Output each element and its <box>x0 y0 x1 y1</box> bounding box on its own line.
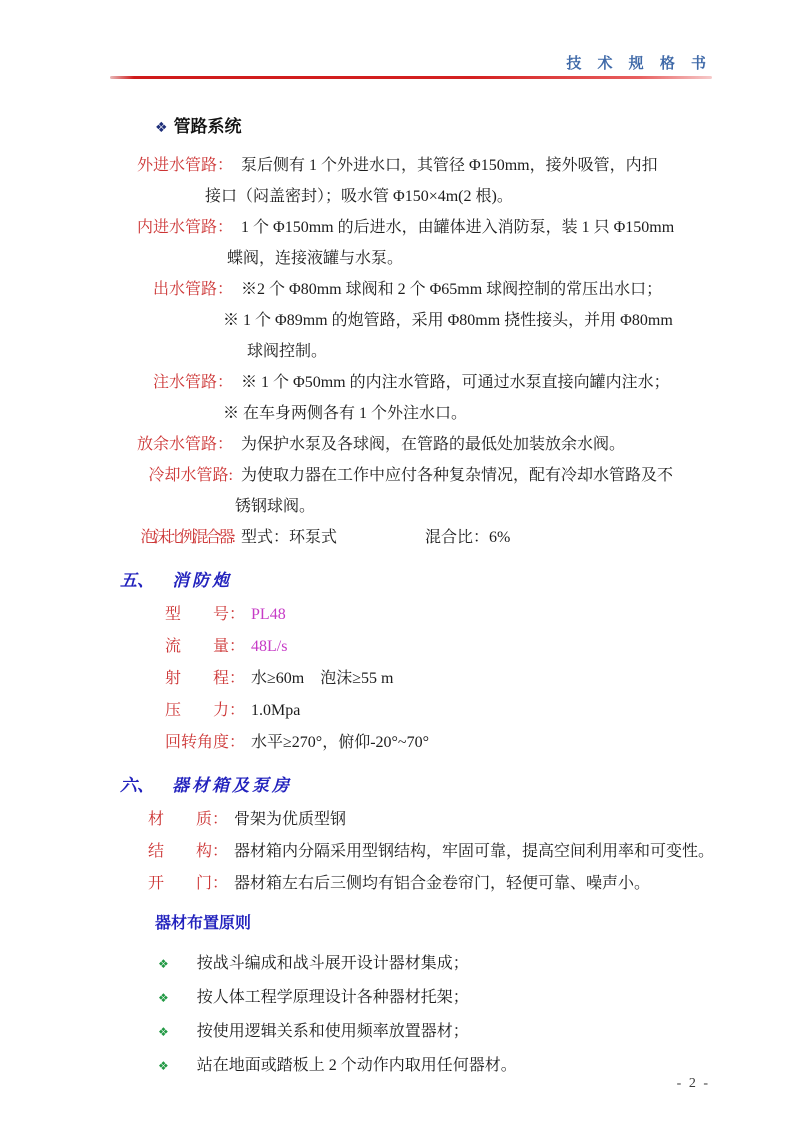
section-heading-fire-monitor: 五、消防炮 <box>110 566 712 591</box>
spec-value: 水平≥270°，俯仰-20°~70° <box>251 734 429 751</box>
piping-heading-label: 管路系统 <box>174 117 242 136</box>
spec-value: 器材箱内分隔采用型钢结构，牢固可靠，提高空间利用率和可变性。 <box>234 843 714 860</box>
diamond-bullet-icon: ❖ <box>155 120 168 136</box>
spec-label: 型 号： <box>165 606 245 623</box>
spec-row-rotation: 回转角度：水平≥270°，俯仰-20°~70° <box>110 727 712 759</box>
layout-principles-heading: 器材布置原则 <box>110 910 712 933</box>
list-item-text: 站在地面或踏板上 2 个动作内取用任何器材。 <box>197 1057 517 1074</box>
spec-label: 开 门： <box>148 875 228 892</box>
row-label: 出水管路： <box>133 274 233 305</box>
spec-label: 材 质： <box>148 811 228 828</box>
spec-label: 流 量： <box>165 638 245 655</box>
spec-row-pressure: 压 力：1.0Mpa <box>110 695 712 727</box>
spec-label: 射 程： <box>165 670 245 687</box>
row-text: ※ 在车身两侧各有 1 个外注水口。 <box>223 405 467 422</box>
spec-label: 结 构： <box>148 843 228 860</box>
list-item-text: 按使用逻辑关系和使用频率放置器材； <box>197 1023 469 1040</box>
spec-label: 压 力： <box>165 702 245 719</box>
section-title: 器材箱及泵房 <box>172 776 292 795</box>
spec-value: PL48 <box>251 606 286 623</box>
row-text: ※2 个 Φ80mm 球阀和 2 个 Φ65mm 球阀控制的常压出水口； <box>241 281 662 298</box>
spec-row-model: 型 号：PL48 <box>110 599 712 631</box>
row-label: 外进水管路： <box>133 150 233 181</box>
list-item: ❖站在地面或踏板上 2 个动作内取用任何器材。 <box>110 1049 712 1083</box>
diamond-bullet-icon: ❖ <box>158 991 169 1005</box>
row-text: 1 个 Φ150mm 的后进水，由罐体进入消防泵，装 1 只 Φ150mm <box>241 219 674 236</box>
piping-row-cooling: 冷却水管路:为使取力器在工作中应付各种复杂情况，配有冷却水管路及不 <box>110 460 712 491</box>
piping-row-outlet: 出水管路：※2 个 Φ80mm 球阀和 2 个 Φ65mm 球阀控制的常压出水口… <box>110 274 712 305</box>
section-heading-equipment-box: 六、器材箱及泵房 <box>110 771 712 796</box>
equipment-box-specs: 材 质：骨架为优质型钢 结 构：器材箱内分隔采用型钢结构，牢固可靠，提高空间利用… <box>110 804 712 900</box>
list-item-text: 按人体工程学原理设计各种器材托架； <box>197 989 469 1006</box>
spec-row-range: 射 程：水≥60m 泡沫≥55 m <box>110 663 712 695</box>
diamond-bullet-icon: ❖ <box>158 1025 169 1039</box>
diamond-bullet-icon: ❖ <box>158 957 169 971</box>
row-text: 球阀控制。 <box>247 343 327 360</box>
row-text: ※ 1 个 Φ89mm 的炮管路，采用 Φ80mm 挠性接头，并用 Φ80mm <box>223 312 673 329</box>
layout-principles-list: ❖按战斗编成和战斗展开设计器材集成； ❖按人体工程学原理设计各种器材托架； ❖按… <box>110 947 712 1083</box>
row-text: 型式：环泵式 <box>241 529 337 546</box>
diamond-bullet-icon: ❖ <box>158 1059 169 1073</box>
section-title: 消防炮 <box>172 571 232 590</box>
list-item: ❖按使用逻辑关系和使用频率放置器材； <box>110 1015 712 1049</box>
piping-row-filling: 注水管路：※ 1 个 Φ50mm 的内注水管路，可通过水泵直接向罐内注水； <box>110 367 712 398</box>
spec-row-flow: 流 量：48L/s <box>110 631 712 663</box>
row-text: 锈钢球阀。 <box>235 498 315 515</box>
list-item: ❖按战斗编成和战斗展开设计器材集成； <box>110 947 712 981</box>
spec-row-material: 材 质：骨架为优质型钢 <box>110 804 712 836</box>
piping-row-continuation: 球阀控制。 <box>110 336 712 367</box>
piping-section-heading: ❖管路系统 <box>110 112 712 137</box>
row-label: 冷却水管路: <box>133 460 233 491</box>
piping-row-continuation: ※ 在车身两侧各有 1 个外注水口。 <box>110 398 712 429</box>
spec-row-structure: 结 构：器材箱内分隔采用型钢结构，牢固可靠，提高空间利用率和可变性。 <box>110 836 712 868</box>
row-label: 泡沫比例混合器: <box>133 522 233 553</box>
list-item-text: 按战斗编成和战斗展开设计器材集成； <box>197 955 469 972</box>
list-item: ❖按人体工程学原理设计各种器材托架； <box>110 981 712 1015</box>
piping-row-continuation: 锈钢球阀。 <box>110 491 712 522</box>
spec-value: 1.0Mpa <box>251 702 300 719</box>
piping-row-drain: 放余水管路：为保护水泵及各球阀，在管路的最低处加装放余水阀。 <box>110 429 712 460</box>
footer-page-number: - 2 - <box>677 1076 710 1092</box>
page-header: 技 术 规 格 书 <box>110 0 712 73</box>
piping-row-continuation: ※ 1 个 Φ89mm 的炮管路，采用 Φ80mm 挠性接头，并用 Φ80mm <box>110 305 712 336</box>
spec-value: 器材箱左右后三侧均有铝合金卷帘门，轻便可靠、噪声小。 <box>234 875 650 892</box>
spec-row-doors: 开 门：器材箱左右后三侧均有铝合金卷帘门，轻便可靠、噪声小。 <box>110 868 712 900</box>
section-number: 六、 <box>120 776 154 795</box>
row-text: 蝶阀，连接液罐与水泵。 <box>227 250 403 267</box>
piping-row-continuation: 蝶阀，连接液罐与水泵。 <box>110 243 712 274</box>
row-text: 为使取力器在工作中应付各种复杂情况，配有冷却水管路及不 <box>241 467 673 484</box>
row-text: ※ 1 个 Φ50mm 的内注水管路，可通过水泵直接向罐内注水； <box>241 374 670 391</box>
spec-value: 骨架为优质型钢 <box>234 811 346 828</box>
spec-value: 48L/s <box>251 638 287 655</box>
piping-row-foam-mixer: 泡沫比例混合器:型式：环泵式混合比：6% <box>110 522 712 553</box>
row-text: 泵后侧有 1 个外进水口，其管径 Φ150mm，接外吸管，内扣 <box>241 157 658 174</box>
row-label: 放余水管路： <box>133 429 233 460</box>
fire-monitor-specs: 型 号：PL48 流 量：48L/s 射 程：水≥60m 泡沫≥55 m 压 力… <box>110 599 712 759</box>
piping-entries: 外进水管路：泵后侧有 1 个外进水口，其管径 Φ150mm，接外吸管，内扣 接口… <box>110 150 712 553</box>
spec-label: 回转角度： <box>165 734 245 751</box>
spec-value: 水≥60m 泡沫≥55 m <box>251 670 393 687</box>
page-header-title: 技 术 规 格 书 <box>566 55 712 72</box>
row-text: 接口（闷盖密封）；吸水管 Φ150×4m(2 根)。 <box>205 188 513 205</box>
row-text-2: 混合比：6% <box>425 529 510 546</box>
piping-row-continuation: 接口（闷盖密封）；吸水管 Φ150×4m(2 根)。 <box>110 181 712 212</box>
piping-row-internal-inlet: 内进水管路：1 个 Φ150mm 的后进水，由罐体进入消防泵，装 1 只 Φ15… <box>110 212 712 243</box>
row-label: 内进水管路： <box>133 212 233 243</box>
row-text: 为保护水泵及各球阀，在管路的最低处加装放余水阀。 <box>241 436 625 453</box>
row-label: 注水管路： <box>133 367 233 398</box>
document-page: 技 术 规 格 书 ❖管路系统 外进水管路：泵后侧有 1 个外进水口，其管径 Φ… <box>110 0 712 1083</box>
piping-row-external-inlet: 外进水管路：泵后侧有 1 个外进水口，其管径 Φ150mm，接外吸管，内扣 <box>110 150 712 181</box>
section-number: 五、 <box>120 571 154 590</box>
header-rule <box>110 76 712 79</box>
